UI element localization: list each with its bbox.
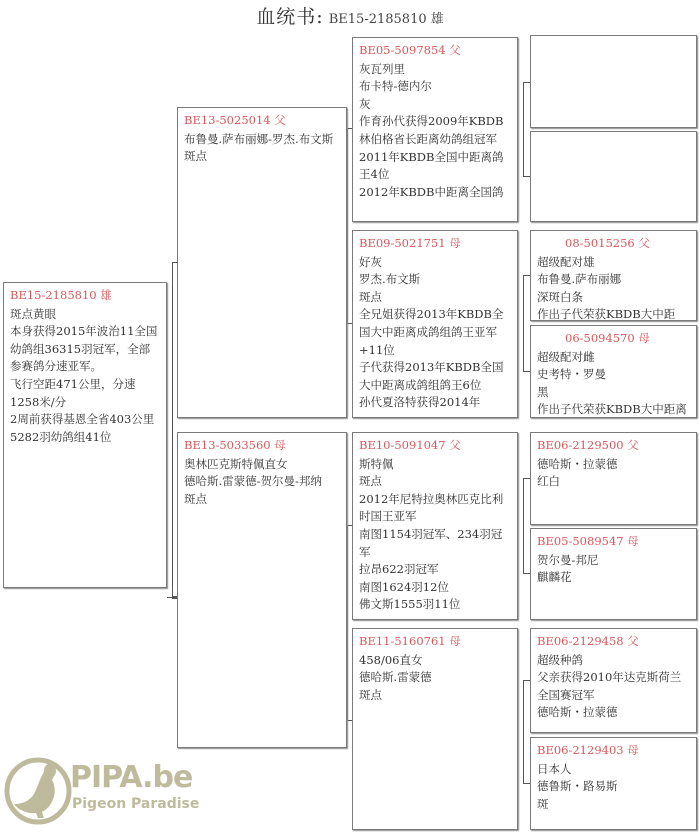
ring-number: BE13-5033560 母 — [184, 437, 340, 455]
info-line: 孙代夏洛特获得2014年 — [359, 394, 511, 412]
ring-number: BE06-2129500 父 — [537, 437, 690, 455]
ring-number: BE06-2129403 母 — [537, 742, 690, 760]
info-line: 全兄姐获得2013年KBDB全国大中距离成鸽组鸽王亚军+11位 — [359, 306, 511, 359]
ring-number: BE13-5025014 父 — [184, 112, 340, 130]
info-line: 斑点 — [359, 473, 511, 491]
subject-card: BE15-2185810 雄 斑点黄眼 本身获得2015年波治11全国幼鸽组36… — [3, 282, 167, 588]
ancestor-card: BE06-2129403 母 日本人 德鲁斯・路易斯 斑 — [530, 737, 697, 830]
info-line: 麒麟花 — [537, 569, 690, 587]
info-line: 南图1624羽12位 — [359, 579, 511, 597]
info-line: 超级配对雌 — [537, 349, 690, 367]
connector-bracket — [523, 82, 530, 177]
info-line: 德哈斯・拉蒙德 — [537, 704, 690, 722]
info-line: 斑 — [537, 796, 690, 814]
ring-number: BE06-2129458 父 — [537, 633, 690, 651]
ancestor-card: 06-5094570 母 超级配对雌 史考特・罗曼 黑 作出子代荣获KBDB大中… — [530, 325, 697, 418]
ring-number: BE10-5091047 父 — [359, 437, 511, 455]
info-line: 深斑白条 — [537, 289, 690, 307]
granddam-paternal-card: BE09-5021751 母 好灰 罗杰.布文斯 斑点 全兄姐获得2013年KB… — [352, 230, 518, 418]
info-line: 子代获得2013年KBDB全国大中距离成鸽组鸽王6位 — [359, 359, 511, 394]
info-line: 本身获得2015年波治11全国幼鸽组36315羽冠军，全部参赛鸽分速亚军。 — [10, 323, 160, 376]
info-line: 超级配对雄 — [537, 254, 690, 272]
ancestor-card: BE06-2129458 父 超级种鸽 父亲获得2010年达克斯荷兰全国赛冠军 … — [530, 628, 697, 733]
ring-number: BE09-5021751 母 — [359, 235, 511, 253]
info-line: 作出子代荣获KBDB大中距离 — [537, 401, 690, 418]
connector-bracket — [523, 275, 530, 372]
sire-card: BE13-5025014 父 布鲁曼.萨布丽娜-罗杰.布文斯 斑点 — [177, 107, 347, 418]
info-line: 父亲获得2010年达克斯荷兰全国赛冠军 — [537, 669, 690, 704]
granddam-maternal-card: BE11-5160761 母 458/06直女 德哈斯.雷蒙德 斑点 — [352, 628, 518, 830]
info-line: 灰瓦列里 — [359, 61, 511, 79]
info-line: 2012年KBDB中距离全国鸽 — [359, 184, 511, 202]
info-line: 红白 — [537, 473, 690, 491]
ancestor-card: BE06-2129500 父 德哈斯・拉蒙德 红白 — [530, 432, 697, 525]
ring-number: BE05-5089547 母 — [537, 533, 690, 551]
info-line: 贺尔曼-邦尼 — [537, 552, 690, 570]
pigeon-icon — [4, 754, 74, 828]
ancestor-card-empty — [530, 35, 697, 128]
pedigree-title: 血统书: BE15-2185810 雄 — [0, 2, 700, 29]
connector-bracket — [523, 478, 530, 574]
grandsire-maternal-card: BE10-5091047 父 斯特佩 斑点 2012年尼特拉奥林匹克比利时国王亚… — [352, 432, 518, 620]
info-line: 飞行空距471公里，分速1258米/分 — [10, 376, 160, 411]
info-line: 布鲁曼.萨布丽娜-罗杰.布文斯 — [184, 131, 340, 149]
logo-tagline: Pigeon Paradise — [72, 796, 199, 812]
info-line: 斑点黄眼 — [10, 306, 160, 324]
info-line: 佛文斯1555羽11位 — [359, 596, 511, 614]
ring-number: BE05-5097854 父 — [359, 42, 511, 60]
info-line: 超级种鸽 — [537, 652, 690, 670]
info-line: 斑点 — [359, 289, 511, 307]
info-line: 灰 — [359, 96, 511, 114]
info-line: 日本人 — [537, 761, 690, 779]
info-line: 黑 — [537, 384, 690, 402]
ancestor-card-empty — [530, 131, 697, 222]
ring-number: 06-5094570 母 — [537, 330, 690, 348]
info-line: 2012年尼特拉奥林匹克比利时国王亚军 — [359, 491, 511, 526]
info-line: 2周前获得基恩全省403公里5282羽幼鸽组41位 — [10, 411, 160, 446]
info-line: 斑点 — [184, 148, 340, 166]
dam-card: BE13-5033560 母 奥林匹克斯特佩直女 德哈斯.雷蒙德-贺尔曼-邦纳 … — [177, 432, 347, 748]
info-line: 罗杰.布文斯 — [359, 271, 511, 289]
ring-number: BE15-2185810 雄 — [10, 287, 160, 305]
info-line: 斯特佩 — [359, 456, 511, 474]
ancestor-card: 08-5015256 父 超级配对雄 布鲁曼.萨布丽娜 深斑白条 作出子代荣获K… — [530, 230, 697, 321]
ancestor-card: BE05-5089547 母 贺尔曼-邦尼 麒麟花 — [530, 528, 697, 620]
info-line: 德哈斯.雷蒙德-贺尔曼-邦纳 — [184, 473, 340, 491]
grandsire-paternal-card: BE05-5097854 父 灰瓦列里 布卡特-德内尔 灰 作育孙代获得2009… — [352, 37, 518, 222]
info-line: 作育孙代获得2009年KBDB林伯格省长距离幼鸽组冠军 — [359, 113, 511, 148]
info-line: 奥林匹克斯特佩直女 — [184, 456, 340, 474]
title-ring-number: BE15-2185810 雄 — [329, 12, 444, 27]
info-line: 斑点 — [359, 687, 511, 705]
info-line: 德哈斯・拉蒙德 — [537, 456, 690, 474]
title-label: 血统书: — [256, 6, 323, 28]
ring-number: 08-5015256 父 — [537, 235, 690, 253]
info-line: 拉昂622羽冠军 — [359, 561, 511, 579]
info-line: 458/06直女 — [359, 652, 511, 670]
info-line: 好灰 — [359, 254, 511, 272]
info-line: 作出子代荣获KBDB大中距 — [537, 306, 690, 321]
logo-brand: PIPA.be — [70, 760, 192, 795]
pipa-logo: PIPA.be Pigeon Paradise — [4, 752, 204, 830]
info-line: 布鲁曼.萨布丽娜 — [537, 271, 690, 289]
info-line: 德鲁斯・路易斯 — [537, 778, 690, 796]
info-line: 南图1154羽冠军、234羽冠军 — [359, 526, 511, 561]
info-line: 布卡特-德内尔 — [359, 78, 511, 96]
ring-number: BE11-5160761 母 — [359, 633, 511, 651]
info-line: 德哈斯.雷蒙德 — [359, 669, 511, 687]
info-line: 斑点 — [184, 491, 340, 509]
connector-bracket — [523, 680, 530, 784]
info-line: 史考特・罗曼 — [537, 366, 690, 384]
info-line: 2011年KBDB全国中距离鸽王4位 — [359, 149, 511, 184]
